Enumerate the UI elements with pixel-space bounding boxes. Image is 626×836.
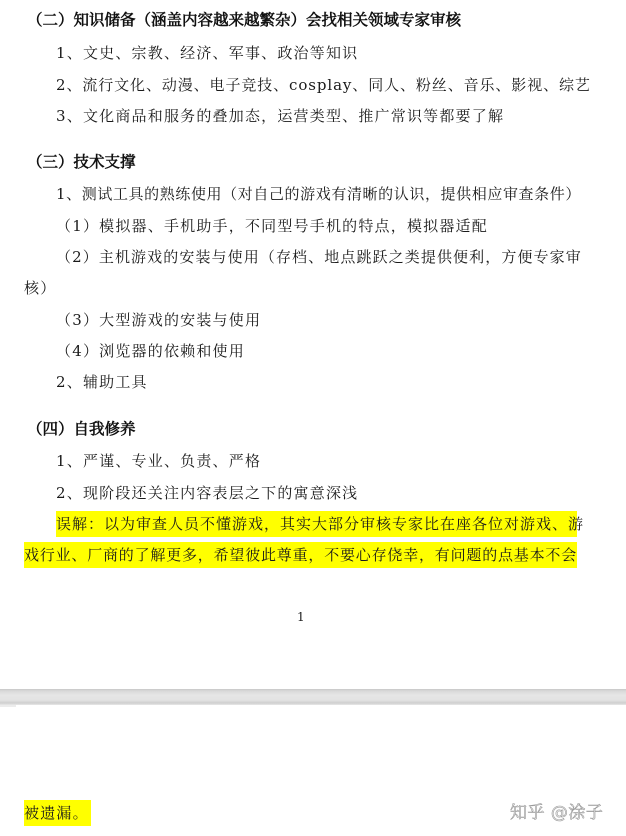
list-item: 3、文化商品和服务的叠加态，运营类型、推广常识等都要了解 [56,103,504,129]
section-heading-knowledge: （二）知识储备（涵盖内容越来越繁杂）会找相关领域专家审核 [27,7,461,33]
watermark: 知乎 @涂子 [510,800,603,826]
list-item: （2）主机游戏的安装与使用（存档、地点跳跃之类提供便利，方便专家审 [56,244,582,270]
page-number: 1 [297,607,305,627]
list-item: 1、文史、宗教、经济、军事、政治等知识 [56,40,358,66]
section-heading-tech-support: （三）技术支撑 [27,149,136,175]
page-separator [0,689,626,705]
list-item-continuation: 核） [24,275,56,301]
list-item: （3）大型游戏的安装与使用 [56,307,261,333]
highlighted-note-line-1: 误解：以为审查人员不懂游戏，其实大部分审核专家比在座各位对游戏、游 [56,511,577,537]
highlighted-note-continued: 被遗漏。 [24,800,91,826]
list-item: 1、测试工具的熟练使用（对自己的游戏有清晰的认识，提供相应审查条件） [56,181,581,207]
list-item: 2、流行文化、动漫、电子竞技、cosplay、同人、粉丝、音乐、影视、综艺 [56,72,591,98]
list-item: （1）模拟器、手机助手，不同型号手机的特点，模拟器适配 [56,213,488,239]
section-heading-self-cultivation: （四）自我修养 [27,416,136,442]
highlighted-note-line-2: 戏行业、厂商的了解更多，希望彼此尊重，不要心存侥幸，有问题的点基本不会 [24,542,577,568]
list-item: 2、辅助工具 [56,369,148,395]
list-item: （4）浏览器的依赖和使用 [56,338,245,364]
page-separator-shadow [0,705,16,707]
list-item: 1、严谨、专业、负责、严格 [56,448,261,474]
list-item: 2、现阶段还关注内容表层之下的寓意深浅 [56,480,358,506]
